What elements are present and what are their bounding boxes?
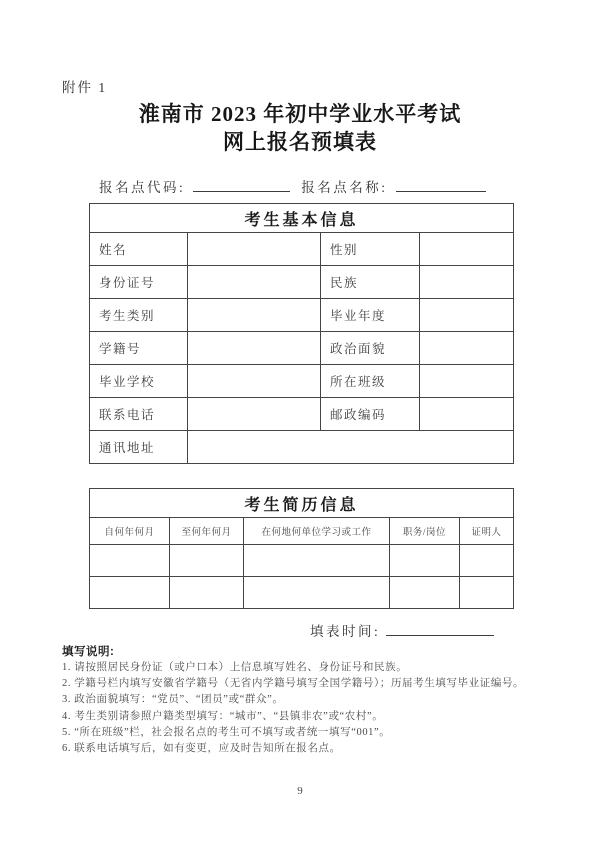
field-label-mailing-address: 通讯地址: [90, 431, 188, 464]
attachment-label: 附件 1: [62, 76, 107, 96]
basic-info-table-title: 考生基本信息: [90, 204, 514, 233]
site-code-field: [193, 178, 290, 192]
resume-cell: [244, 577, 390, 609]
field-value-phone: [188, 398, 321, 431]
field-label-class: 所在班级: [321, 365, 420, 398]
field-value-political-status: [420, 332, 514, 365]
table-row: [90, 577, 514, 609]
resume-table-title: 考生简历信息: [90, 489, 514, 518]
instructions-heading: 填写说明:: [62, 644, 560, 660]
field-value-candidate-type: [188, 299, 321, 332]
table-row: 联系电话 邮政编码: [90, 398, 514, 431]
instruction-item: 3. 政治面貌填写：“党员”、“团员”或“群众”。: [62, 692, 560, 708]
table-row: 毕业学校 所在班级: [90, 365, 514, 398]
field-value-gender: [420, 233, 514, 266]
resume-cell: [460, 577, 514, 609]
instruction-item: 5. “所在班级”栏，社会报名点的考生可不填写或者统一填写“001”。: [62, 725, 560, 741]
column-header-place: 在何地何单位学习或工作: [244, 518, 390, 545]
table-row: 姓名 性别: [90, 233, 514, 266]
resume-cell: [390, 545, 460, 577]
field-label-political-status: 政治面貌: [321, 332, 420, 365]
resume-table: 考生简历信息 自何年何月 至何年何月 在何地何单位学习或工作 职务/岗位 证明人: [89, 488, 514, 609]
resume-cell: [90, 545, 170, 577]
fill-time-row: 填表时间:: [310, 620, 494, 640]
field-value-name: [188, 233, 321, 266]
field-label-gender: 性别: [321, 233, 420, 266]
site-name-label: 报名点名称:: [301, 180, 387, 195]
field-label-graduation-year: 毕业年度: [321, 299, 420, 332]
field-value-ethnicity: [420, 266, 514, 299]
field-value-id-number: [188, 266, 321, 299]
field-label-postal-code: 邮政编码: [321, 398, 420, 431]
column-header-to-date: 至何年何月: [170, 518, 244, 545]
instruction-item: 4. 考生类别请参照户籍类型填写：“城市”、“县镇非农”或“农村”。: [62, 709, 560, 725]
form-title-line2: 网上报名预填表: [0, 128, 600, 156]
page-number: 9: [0, 785, 600, 797]
field-label-phone: 联系电话: [90, 398, 188, 431]
site-code-label: 报名点代码:: [99, 180, 185, 195]
column-header-from-date: 自何年何月: [90, 518, 170, 545]
field-value-class: [420, 365, 514, 398]
field-value-postal-code: [420, 398, 514, 431]
instruction-item: 6. 联系电话填写后，如有变更，应及时告知所在报名点。: [62, 741, 560, 757]
resume-table-header-row: 自何年何月 至何年何月 在何地何单位学习或工作 职务/岗位 证明人: [90, 518, 514, 545]
resume-cell: [170, 577, 244, 609]
instruction-item: 2. 学籍号栏内填写安徽省学籍号（无省内学籍号填写全国学籍号）；历届考生填写毕业…: [62, 676, 560, 692]
resume-cell: [170, 545, 244, 577]
field-label-candidate-type: 考生类别: [90, 299, 188, 332]
column-header-reference: 证明人: [460, 518, 514, 545]
field-label-graduation-school: 毕业学校: [90, 365, 188, 398]
table-row: [90, 545, 514, 577]
resume-cell: [244, 545, 390, 577]
fill-instructions: 填写说明: 1. 请按照居民身份证（或户口本）上信息填写姓名、身份证号和民族。 …: [62, 644, 560, 757]
field-label-name: 姓名: [90, 233, 188, 266]
field-label-id-number: 身份证号: [90, 266, 188, 299]
fill-time-label: 填表时间:: [310, 624, 380, 639]
document-page: 附件 1 淮南市 2023 年初中学业水平考试 网上报名预填表 报名点代码:报名…: [0, 0, 600, 849]
field-value-graduation-school: [188, 365, 321, 398]
resume-cell: [90, 577, 170, 609]
field-value-student-number: [188, 332, 321, 365]
resume-cell: [460, 545, 514, 577]
basic-info-table-title-row: 考生基本信息: [90, 204, 514, 233]
field-label-student-number: 学籍号: [90, 332, 188, 365]
fill-time-field: [386, 622, 494, 636]
field-label-ethnicity: 民族: [321, 266, 420, 299]
basic-info-table: 考生基本信息 姓名 性别 身份证号 民族 考生类别 毕业年度 学籍号 政治面貌: [89, 203, 514, 464]
resume-table-title-row: 考生简历信息: [90, 489, 514, 518]
form-title-line1: 淮南市 2023 年初中学业水平考试: [0, 100, 600, 128]
registration-site-row: 报名点代码:报名点名称:: [99, 176, 486, 196]
table-row: 学籍号 政治面貌: [90, 332, 514, 365]
resume-cell: [390, 577, 460, 609]
table-row: 考生类别 毕业年度: [90, 299, 514, 332]
field-value-graduation-year: [420, 299, 514, 332]
instruction-item: 1. 请按照居民身份证（或户口本）上信息填写姓名、身份证号和民族。: [62, 660, 560, 676]
site-name-field: [396, 178, 486, 192]
column-header-position: 职务/岗位: [390, 518, 460, 545]
table-row: 身份证号 民族: [90, 266, 514, 299]
field-value-mailing-address: [188, 431, 514, 464]
form-title: 淮南市 2023 年初中学业水平考试 网上报名预填表: [0, 100, 600, 156]
table-row: 通讯地址: [90, 431, 514, 464]
